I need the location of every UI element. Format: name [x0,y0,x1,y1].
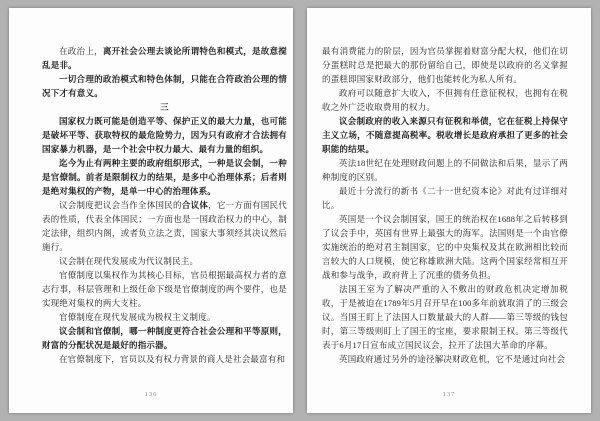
paragraph: 议会制度把议会当作全体国民的合议体，它一方面有国民代表的性质，代表全体国民；一方… [42,198,287,254]
paragraph: 议会制政府的收入来源只有征税和举债，它在征税上持保守主义立场，不随意提高税率。税… [322,114,568,156]
text-run: 合议体 [182,200,208,210]
paragraph: 在官僚制度下，官员以及有权力背景的商人是社会最富有和 [42,352,287,366]
text-run: 在政治上， [59,46,103,56]
text-run: 官僚制度以集权作为其核心目标，官员根据最高权力者的意志行事，科层管理和上级任命下… [42,270,287,308]
paragraph: 法国王室为了解决严重的入不敷出的财政危机决定增加税收，于是被迫在1789年5月召… [322,282,568,352]
text-run: 在官僚制度下，官员以及有权力背景的商人是社会最富有和 [59,354,285,364]
paragraph: 在政治上，离开社会公理去谈论所谓特色和模式，是故意搅乱是非。 [42,44,287,72]
paragraph: 议会制在现代发展成为代议制民主。 [42,254,287,268]
page-right: 最有消费能力的阶层，因为官员掌握着财富分配大权，他们在切分蛋糕时总是把最大的那份… [307,8,591,413]
text-run: 议会制和官僚制，哪一种制度更符合社会公理和平等原则，财富的分配状况是最好的指示器… [42,326,287,350]
text-run: 最有消费能力的阶层，因为官员掌握着财富分配大权，他们在切分蛋糕时总是把最大的那份… [322,46,568,84]
page-number: 137 [307,391,591,399]
text-run: 三 [160,102,169,112]
page-left-text-area: 在政治上，离开社会公理去谈论所谓特色和模式，是故意搅乱是非。一切合理的政治模式和… [42,44,287,371]
paragraph: 官僚制度以集权作为其核心目标，官员根据最高权力者的意志行事，科层管理和上级任命下… [42,268,287,310]
page-left: 在政治上，离开社会公理去谈论所谓特色和模式，是故意搅乱是非。一切合理的政治模式和… [9,8,293,413]
text-run: 政府可以随意扩大收入，不但拥有任意征税权，也拥有在税收之外广泛收取费用的权力。 [322,88,568,112]
paragraph: 迄今为止有两种主要的政府组织形式，一种是议会制，一种是官僚制。前者是限制权力的结… [42,156,287,198]
text-run: 议会制在现代发展成为代议制民主。 [59,256,198,266]
text-run: 官僚制度在现代发展成为极权主义制度。 [59,312,216,322]
text-run: 英国政府通过另外的途径解决财政危机，它不是通过向社会 [339,354,565,364]
section-heading: 三 [42,100,287,114]
book-spread: 在政治上，离开社会公理去谈论所谓特色和模式，是故意搅乱是非。一切合理的政治模式和… [0,0,600,421]
paragraph: 英国政府通过另外的途径解决财政危机，它不是通过向社会 [322,352,568,366]
text-run: 法国王室为了解决严重的入不敷出的财政危机决定增加税收，于是被迫在1789年5月召… [322,284,568,350]
paragraph: 英国是一个议会制国家，国王的统治权在1688年之后转移到了议会手中，英国有世界上… [322,212,568,282]
text-run: 英法18世纪在处理财政问题上的不同做法和后果，显示了两种制度的区别。 [322,158,568,182]
text-run: 国家权力既可能是创造平等、保护正义的最大力量，也可能是破坏平等、获取特权的最危险… [42,116,287,154]
paragraph: 英法18世纪在处理财政问题上的不同做法和后果，显示了两种制度的区别。 [322,156,568,184]
text-run: 议会制度把议会当作全体国民的 [59,200,182,210]
paragraph: 官僚制度在现代发展成为极权主义制度。 [42,310,287,324]
paragraph: 一切合理的政治模式和特色体制，只能在合符政治公理的情况下才有意义。 [42,72,287,100]
text-run: 英国是一个议会制国家，国王的统治权在1688年之后转移到了议会手中，英国有世界上… [322,214,568,280]
text-run: 议会制政府的收入来源只有征税和举债，它在征税上持保守主义立场，不随意提高税率。税… [322,116,568,154]
page-right-text-area: 最有消费能力的阶层，因为官员掌握着财富分配大权，他们在切分蛋糕时总是把最大的那份… [322,44,568,371]
page-number: 136 [9,391,293,399]
paragraph: 国家权力既可能是创造平等、保护正义的最大力量，也可能是破坏平等、获取特权的最危险… [42,114,287,156]
paragraph: 最有消费能力的阶层，因为官员掌握着财富分配大权，他们在切分蛋糕时总是把最大的那份… [322,44,568,86]
text-run: 迄今为止有两种主要的政府组织形式，一种是议会制，一种是官僚制。前者是限制权力的结… [42,158,287,196]
paragraph: 政府可以随意扩大收入，不但拥有任意征税权，也拥有在税收之外广泛收取费用的权力。 [322,86,568,114]
text-run: 最近十分流行的新书《二十一世纪资本论》对此有过详细对比。 [322,186,568,210]
paragraph: 议会制和官僚制，哪一种制度更符合社会公理和平等原则，财富的分配状况是最好的指示器… [42,324,287,352]
paragraph: 最近十分流行的新书《二十一世纪资本论》对此有过详细对比。 [322,184,568,212]
text-run: 一切合理的政治模式和特色体制，只能在合符政治公理的情况下才有意义。 [42,74,287,98]
